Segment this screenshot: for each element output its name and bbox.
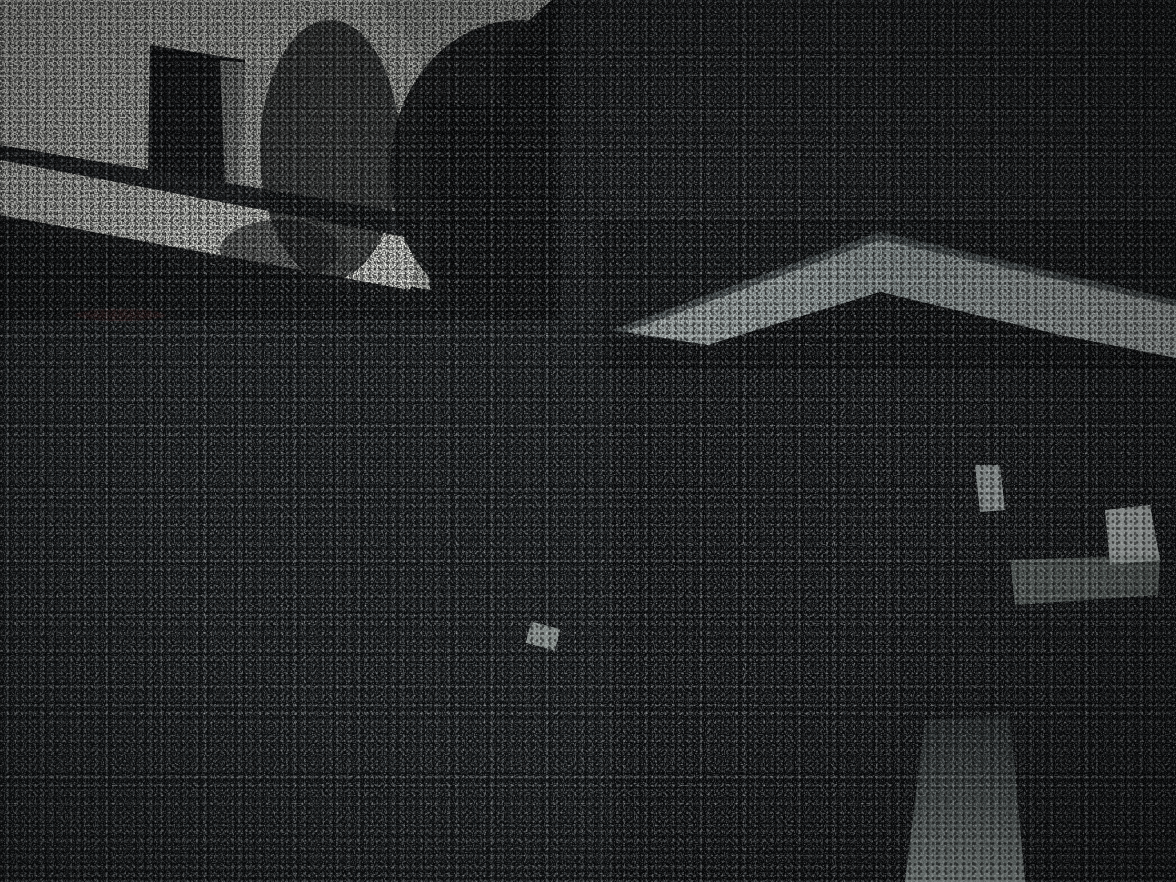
photograph (0, 0, 1176, 882)
vignette-overlay (0, 0, 1176, 882)
